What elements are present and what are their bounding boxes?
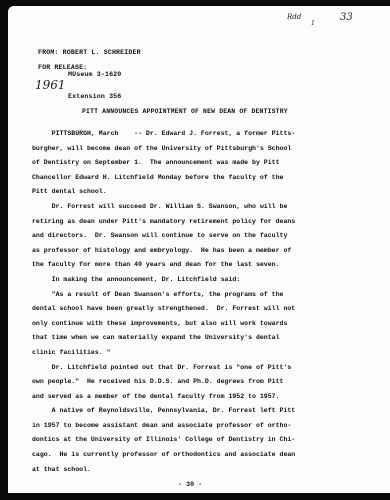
body-line: PITTSBURGH, March -- Dr. Edward J. Forre… [32, 127, 352, 142]
end-marker: - 30 - [178, 481, 202, 488]
from-name: ROBERT L. SCHREIDER [63, 49, 141, 56]
scan-border-bottom [0, 493, 390, 500]
body-line: at that school. [32, 463, 352, 478]
body-line: Dr. Litchfield pointed out that Dr. Forr… [32, 361, 352, 376]
body-line: dontics at the University of Illinois' C… [32, 433, 352, 448]
release-label: FOR RELEASE: [38, 64, 87, 71]
body-line: that time when we can materially expand … [32, 331, 352, 346]
body-line: own people." He received his D.D.S. and … [32, 375, 352, 390]
body-line: clinic facilities. " [32, 346, 352, 361]
body-text: PITTSBURGH, March -- Dr. Edward J. Forre… [32, 127, 352, 477]
from-block: FROM: ROBERT L. SCHREIDER MUseum 3-1620 … [38, 34, 141, 108]
handwritten-year: 1961 [35, 78, 66, 92]
body-line: the faculty for more than 40 years and d… [32, 258, 352, 273]
body-line: cago. He is currently professor of ortho… [32, 448, 352, 463]
body-line: dental school have been greatly strength… [32, 302, 352, 317]
body-line: Pitt dental school. [32, 185, 352, 200]
body-line: as professor of histology and embryology… [32, 244, 352, 259]
scan-border-left [0, 0, 8, 500]
body-line: and directors. Dr. Swanson will continue… [32, 229, 352, 244]
headline: PITT ANNOUNCES APPOINTMENT OF NEW DEAN O… [82, 108, 288, 115]
handwritten-note-sub: 1 [311, 20, 315, 27]
handwritten-note: Rdd [287, 13, 301, 21]
handwritten-page-number: 33 [340, 12, 353, 23]
extension: Extension 356 [38, 93, 141, 100]
body-line: and served as a member of the dental fac… [32, 390, 352, 405]
body-line: Chancellor Edward H. Litchfield Monday b… [32, 171, 352, 186]
body-line: A native of Reynoldsville, Pennsylvania,… [32, 404, 352, 419]
body-line: in 1957 to become assistant dean and ass… [32, 419, 352, 434]
from-label: FROM: [38, 49, 59, 56]
body-line: retiring as dean under Pitt's mandatory … [32, 215, 352, 230]
body-line: In making the announcement, Dr. Litchfie… [32, 273, 352, 288]
body-line: Dr. Forrest will succeed Dr. William S. … [32, 200, 352, 215]
body-line: burgher, will become dean of the Univers… [32, 142, 352, 157]
body-line: of Dentistry on September 1. The announc… [32, 156, 352, 171]
body-line: "As a result of Dean Swanson's efforts, … [32, 288, 352, 303]
body-line: only continue with these improvements, b… [32, 317, 352, 332]
